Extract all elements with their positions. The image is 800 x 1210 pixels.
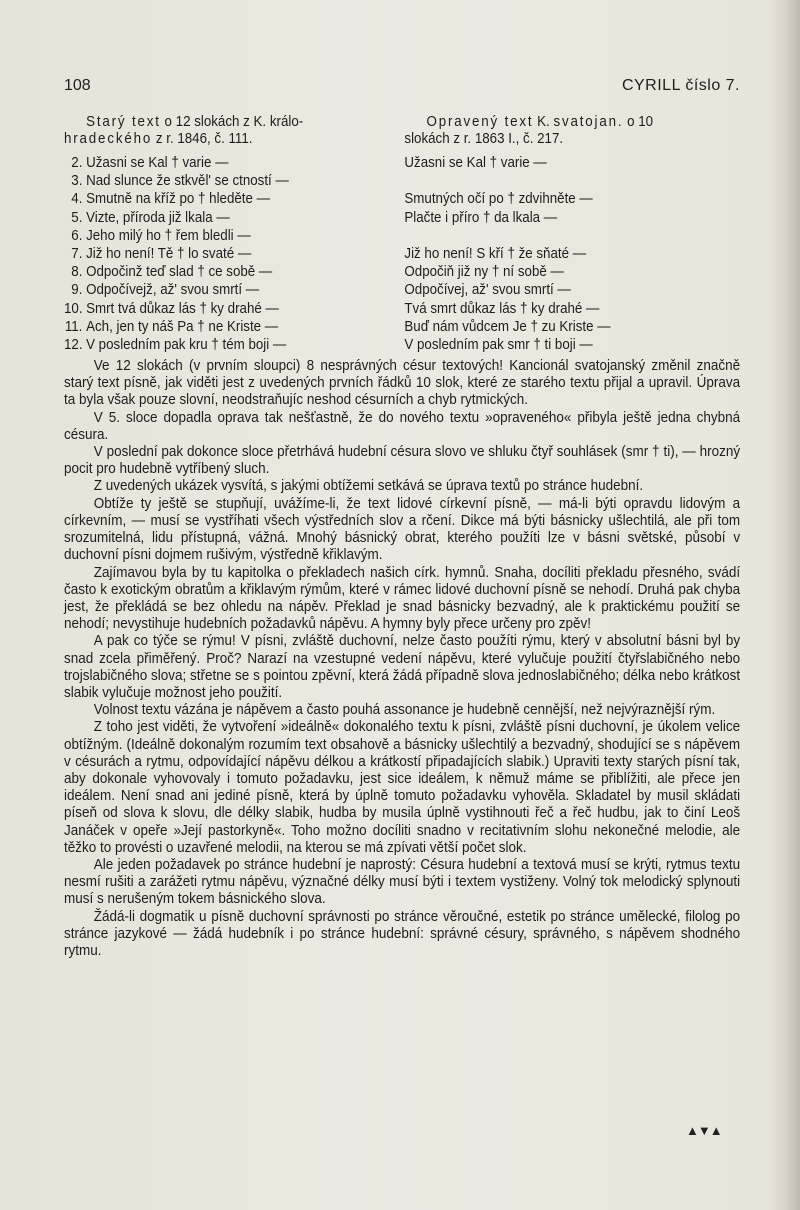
paragraph: Volnost textu vázána je nápěvem a často … (64, 702, 740, 719)
verse-text: Užasni se Kal † varie — (86, 155, 228, 171)
page: 108 CYRILL číslo 7. Starý text o 12 slok… (64, 76, 740, 960)
verse-line: 6.Jeho milý ho † řem bledli — (64, 227, 404, 245)
verse-text: Již ho není! Tě † lo svaté — (86, 246, 251, 262)
verse-line: V posledním pak smr † ti boji — (404, 336, 740, 354)
verse-line: 8.Odpočinž teď slad † ce sobě — (64, 263, 404, 281)
verse-line: Smutných očí po † zdvihněte — (404, 190, 740, 208)
revised-text-column: Opravený text K. svatojan. o 10 slokách … (404, 114, 740, 354)
paragraph: Obtíže ty ještě se stupňují, uvážíme-li,… (64, 496, 740, 565)
revised-text-caption: Opravený text K. svatojan. o 10 slokách … (404, 114, 740, 148)
verse-line: 11.Ach, jen ty náš Pa † ne Kriste — (64, 318, 404, 336)
verse-text: Odpočívejž, až' svou smrtí — (86, 282, 259, 298)
verse-line: Užasni se Kal † varie — (404, 154, 740, 172)
verse-text: Ach, jen ty náš Pa † ne Kriste — (86, 319, 278, 335)
verse-text: Smrt tvá důkaz lás † ky drahé — (86, 301, 279, 317)
verse-number: 2. (64, 154, 82, 172)
verse-line (404, 172, 740, 190)
verse-number: 5. (64, 209, 82, 227)
paragraph: Ale jeden požadavek po stránce hudební j… (64, 857, 740, 909)
running-title: CYRILL číslo 7. (622, 76, 740, 96)
paragraph: Žádá-li dogmatik u písně duchovní správn… (64, 909, 740, 961)
verse-line: 12.V posledním pak kru † tém boji — (64, 336, 404, 354)
old-text-column: Starý text o 12 slokách z K. králo- hrad… (64, 114, 404, 354)
verse-line: 5.Vizte, příroda již lkala — (64, 209, 404, 227)
verse-line: 9.Odpočívejž, až' svou smrtí — (64, 281, 404, 299)
old-text-lines: 2.Užasni se Kal † varie —3.Nad slunce že… (64, 154, 404, 354)
verse-text: Jeho milý ho † řem bledli — (86, 228, 251, 244)
verse-text: V posledním pak kru † tém boji — (86, 337, 286, 353)
comparison-columns: Starý text o 12 slokách z K. králo- hrad… (64, 114, 740, 354)
verse-text: Smutně na kříž po † hleděte — (86, 191, 270, 207)
paragraph: Z toho jest viděti, že vytvoření »ideáln… (64, 719, 740, 857)
paragraph: A pak co týče se rýmu! V písni, zvláště … (64, 633, 740, 702)
verse-text: Vizte, příroda již lkala — (86, 210, 230, 226)
verse-text: Nad slunce že stkvěl' se ctností — (86, 173, 289, 189)
paragraph: V 5. sloce dopadla oprava tak nešťastně,… (64, 410, 740, 444)
old-text-caption: Starý text o 12 slokách z K. králo- hrad… (64, 114, 404, 148)
verse-line: 3.Nad slunce že stkvěl' se ctností — (64, 172, 404, 190)
verse-line: Buď nám vůdcem Je † zu Kriste — (404, 318, 740, 336)
verse-number: 11. (64, 318, 82, 336)
verse-line: Plačte i příro † da lkala — (404, 209, 740, 227)
verse-line: Odpočívej, až' svou smrtí — (404, 281, 740, 299)
verse-number: 10. (64, 300, 82, 318)
verse-line: Již ho není! S kří † že sňaté — (404, 245, 740, 263)
verse-line: Tvá smrt důkaz lás † ky drahé — (404, 300, 740, 318)
page-number: 108 (64, 76, 91, 96)
end-ornament: ▲▼▲ (686, 1123, 722, 1138)
verse-line: Odpočiň již ny † ní sobě — (404, 263, 740, 281)
paragraph: Z uvedených ukázek vysvítá, s jakými obt… (64, 478, 740, 495)
verse-line: 4.Smutně na kříž po † hleděte — (64, 190, 404, 208)
verse-line (404, 227, 740, 245)
verse-number: 8. (64, 263, 82, 281)
verse-number: 6. (64, 227, 82, 245)
verse-line: 10.Smrt tvá důkaz lás † ky drahé — (64, 300, 404, 318)
verse-number: 7. (64, 245, 82, 263)
paragraph: V poslední pak dokonce sloce přetrhává h… (64, 444, 740, 478)
verse-number: 9. (64, 281, 82, 299)
verse-line: 7.Již ho není! Tě † lo svaté — (64, 245, 404, 263)
verse-number: 3. (64, 172, 82, 190)
revised-text-lines: Užasni se Kal † varie —Smutných očí po †… (404, 154, 740, 354)
verse-number: 12. (64, 336, 82, 354)
verse-text: Odpočinž teď slad † ce sobě — (86, 264, 272, 280)
verse-number: 4. (64, 190, 82, 208)
page-header: 108 CYRILL číslo 7. (64, 76, 740, 96)
verse-line: 2.Užasni se Kal † varie — (64, 154, 404, 172)
paragraph: Zajímavou byla by tu kapitolka o překlad… (64, 565, 740, 634)
article-body: Ve 12 slokách (v prvním sloupci) 8 nespr… (64, 358, 740, 960)
paragraph: Ve 12 slokách (v prvním sloupci) 8 nespr… (64, 358, 740, 410)
